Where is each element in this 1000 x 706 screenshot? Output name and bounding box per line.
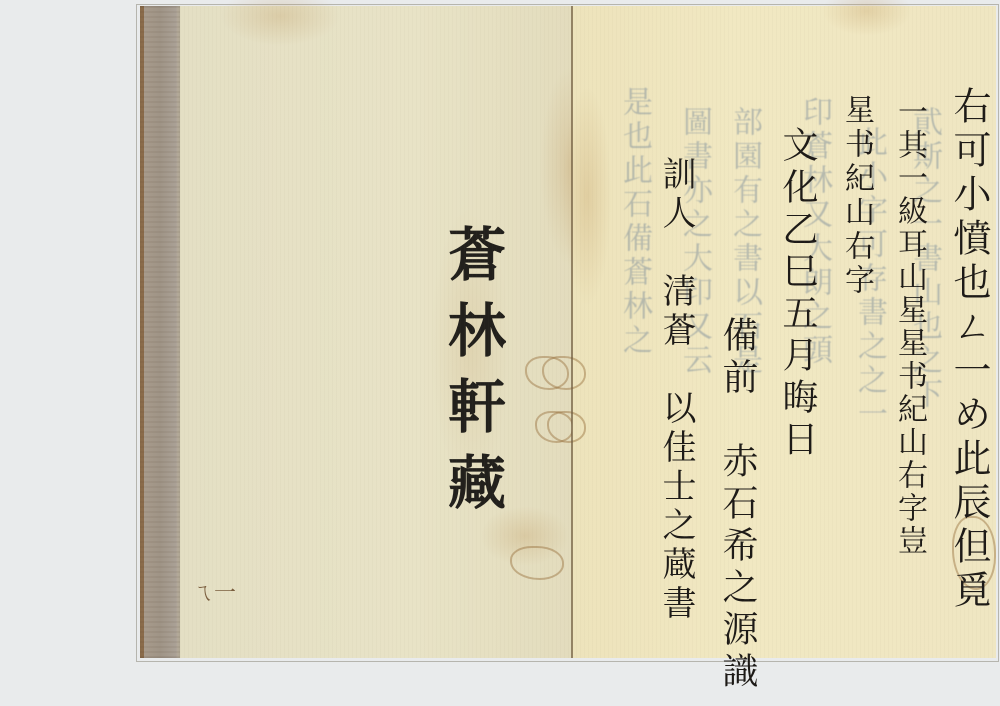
bleed-through-text: 是也此石備蒼林之	[612, 86, 656, 358]
water-stain	[822, 0, 912, 36]
book-spread: 蒼林軒藏 ㄟ一 貮斯之一書山也之下 此小字可存書之之一 印蒼林又大朗之頭 部園有…	[140, 6, 996, 658]
book-spine	[140, 6, 180, 658]
margin-mark: ㄟ一	[192, 576, 236, 607]
worm-hole-trace	[510, 546, 564, 580]
left-page: 蒼林軒藏 ㄟ一	[180, 6, 572, 658]
worm-hole-trace	[542, 356, 586, 390]
text-column-1: 右可小憤也ㄥ一め此辰但覓	[942, 86, 997, 614]
ownership-title: 蒼林軒藏	[430, 224, 514, 528]
page-gutter	[571, 6, 573, 658]
text-column-6: 訓人 清蒼 以佳士之蔵書	[652, 156, 701, 624]
worm-hole-trace	[547, 411, 586, 443]
water-stain	[562, 86, 612, 306]
text-column-4: 文化乙巳五月晦日	[772, 126, 823, 462]
text-column-3: 星书紀山右字	[834, 94, 878, 298]
text-column-5: 備前 赤石希之源識	[712, 316, 763, 694]
right-page: 貮斯之一書山也之下 此小字可存書之之一 印蒼林又大朗之頭 部園有之書以石是 圖書…	[572, 6, 996, 658]
text-column-2: 一其一級耳山星星书紀山右字豈	[887, 96, 931, 558]
water-stain	[220, 0, 340, 46]
